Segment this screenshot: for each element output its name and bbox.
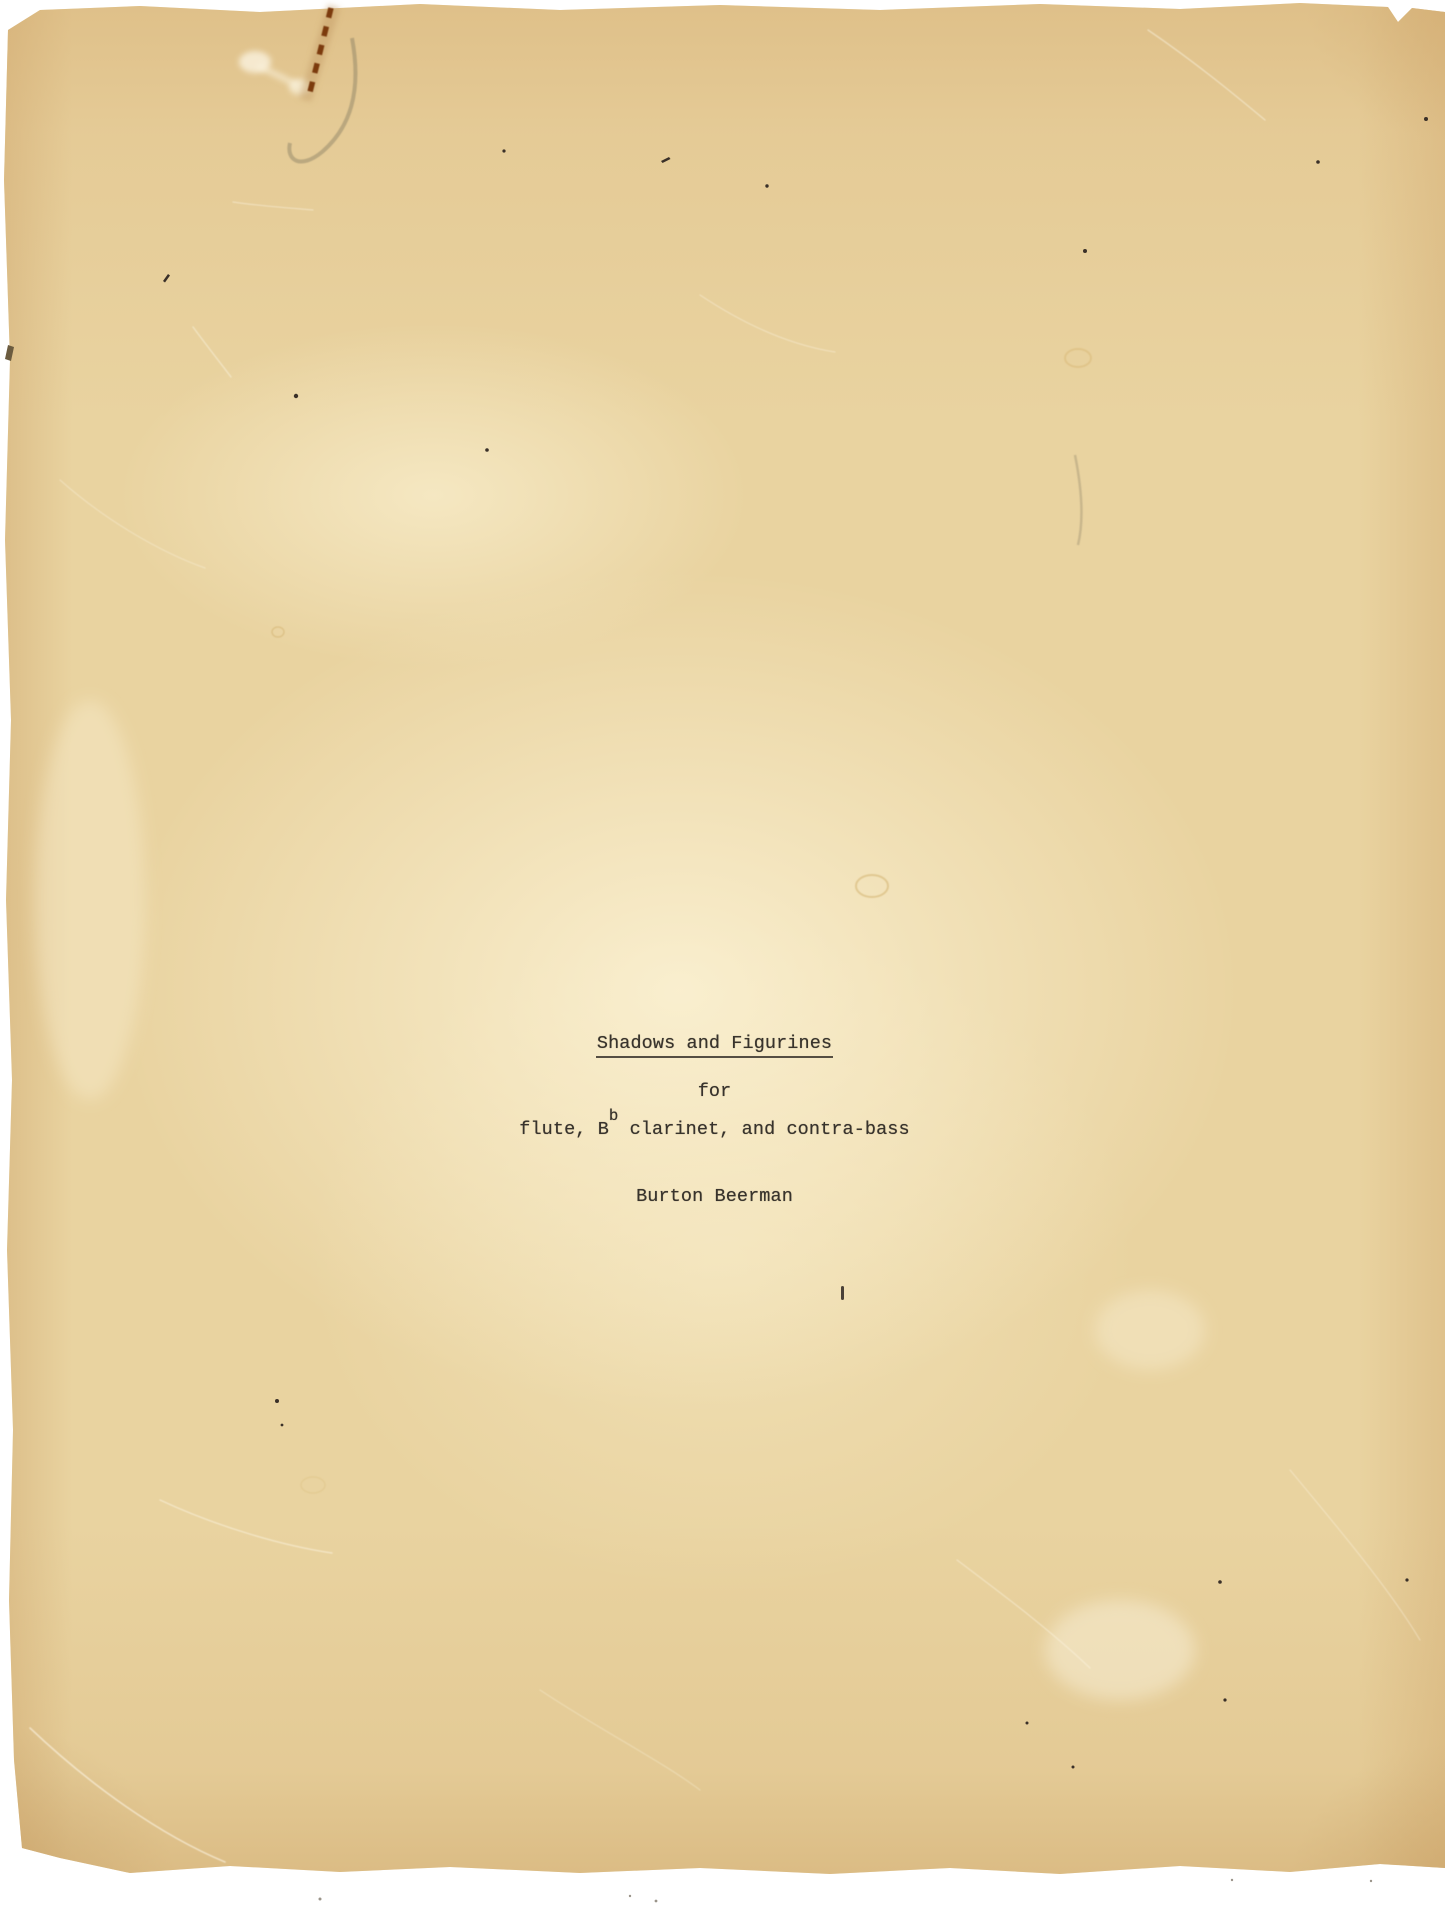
for-label: for	[698, 1081, 732, 1102]
flat-superscript: b	[609, 1107, 619, 1125]
author-name: Burton Beerman	[636, 1186, 793, 1207]
instrumentation-pre: flute, B	[519, 1119, 609, 1140]
piece-title-line: Shadows and Figurines	[0, 1031, 1437, 1057]
for-line: for	[0, 1079, 1437, 1105]
scanner-margin-specks	[319, 1879, 1373, 1903]
aged-paper-sheet	[0, 0, 1445, 1905]
scanned-page: Shadows and Figurines for flute, Bb clar…	[0, 0, 1445, 1905]
piece-title: Shadows and Figurines	[596, 1033, 833, 1058]
instrumentation-line: flute, Bb clarinet, and contra-bass	[0, 1117, 1437, 1143]
author-line: Burton Beerman	[0, 1184, 1437, 1210]
instrumentation-post: clarinet, and contra-bass	[618, 1119, 909, 1140]
